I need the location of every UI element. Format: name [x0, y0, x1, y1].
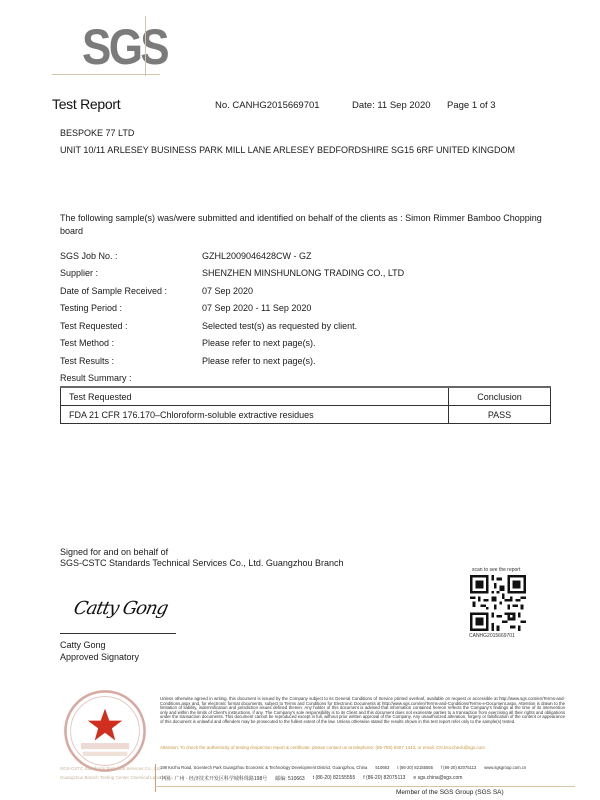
address-en: 198 Kezhu Road, Scientech Park Guangzhou…: [160, 765, 367, 770]
result-summary-table: Test Requested Conclusion FDA 21 CFR 176…: [60, 386, 551, 424]
sgs-group-membership: Member of the SGS Group (SGS SA): [396, 789, 504, 796]
official-seal-icon: [62, 688, 148, 774]
detail-value: SHENZHEN MINSHUNLONG TRADING CO., LTD: [202, 268, 550, 278]
report-date: Date: 11 Sep 2020: [352, 100, 431, 111]
qr-code-icon[interactable]: [470, 575, 526, 631]
detail-row-job-no: SGS Job No. : GZHL2009046428CW - GZ: [60, 247, 550, 265]
detail-label: Date of Sample Received :: [60, 286, 202, 296]
stamp-company-line: SGS-CSTC Standards Technical Services Co…: [60, 766, 162, 771]
footer-accent-bar: [155, 764, 156, 792]
table-row: FDA 21 CFR 176.170–Chloroform-soluble ex…: [61, 406, 551, 424]
sgs-logo: SGS: [52, 16, 162, 76]
detail-label: Test Method :: [60, 338, 202, 348]
test-name-cell: FDA 21 CFR 176.170–Chloroform-soluble ex…: [61, 406, 449, 424]
website-link[interactable]: www.sgsgroup.com.cn: [484, 765, 526, 770]
address-cn: 中国 · 广州 · 经济技术开发区科学城科珠路198号: [160, 775, 267, 782]
handwritten-signature: Catty Gong: [72, 598, 170, 619]
detail-row-test-requested: Test Requested : Selected test(s) as req…: [60, 317, 550, 335]
email-link[interactable]: e sgs.china@sgs.com: [413, 775, 462, 782]
table-header-row: Test Requested Conclusion: [61, 387, 551, 406]
detail-label: Supplier :: [60, 268, 202, 278]
page-indicator: Page 1 of 3: [447, 100, 496, 111]
logo-text: SGS: [82, 22, 167, 72]
signing-company: SGS-CSTC Standards Technical Services Co…: [60, 558, 343, 569]
footer-divider: [155, 786, 575, 787]
postcode: 510663: [375, 765, 389, 770]
logo-divider-vertical: [145, 16, 146, 76]
postcode-cn: 邮编: 510663: [275, 775, 304, 782]
report-number: No. CANHG2015669701: [215, 100, 320, 111]
signature-line: [60, 633, 176, 634]
telephone-cn: t (86-20) 82155555: [313, 775, 356, 782]
detail-value: Please refer to next page(s).: [202, 356, 550, 366]
signatory: Catty Gong Approved Signatory: [60, 639, 139, 663]
footer-address-cn: 中国 · 广州 · 经济技术开发区科学城科珠路198号 邮编: 510663 t…: [160, 775, 570, 782]
sample-details: SGS Job No. : GZHL2009046428CW - GZ Supp…: [60, 247, 550, 370]
result-summary-label: Result Summary :: [60, 373, 132, 383]
signatory-title: Approved Signatory: [60, 651, 139, 663]
signatory-name: Catty Gong: [60, 639, 139, 651]
fax: f (86-20) 82075113: [441, 765, 476, 770]
footer-address-en: 198 Kezhu Road, Scientech Park Guangzhou…: [160, 765, 570, 770]
column-header-conclusion: Conclusion: [449, 387, 551, 406]
signed-for-label: Signed for and on behalf of: [60, 547, 343, 558]
authenticity-notice: Attention: To check the authenticity of …: [160, 745, 570, 750]
client-name: BESPOKE 77 LTD: [60, 127, 134, 140]
detail-label: Test Results :: [60, 356, 202, 366]
detail-value: Please refer to next page(s).: [202, 338, 550, 348]
detail-value: 07 Sep 2020 - 11 Sep 2020: [202, 303, 550, 313]
detail-row-test-results: Test Results : Please refer to next page…: [60, 352, 550, 370]
detail-value: GZHL2009046428CW - GZ: [202, 251, 550, 261]
detail-label: SGS Job No. :: [60, 251, 202, 261]
legal-disclaimer: Unless otherwise agreed in writing, this…: [160, 697, 565, 724]
detail-value: Selected test(s) as requested by client.: [202, 321, 550, 331]
telephone: t (86-20) 82155555: [397, 765, 433, 770]
client-address: UNIT 10/11 ARLESEY BUSINESS PARK MILL LA…: [60, 144, 520, 157]
conclusion-cell: PASS: [449, 406, 551, 424]
detail-value: 07 Sep 2020: [202, 286, 550, 296]
detail-label: Test Requested :: [60, 321, 202, 331]
logo-divider: [52, 74, 160, 75]
qr-report-id: CANHG2015669701: [469, 633, 515, 639]
detail-label: Testing Period :: [60, 303, 202, 313]
column-header-test: Test Requested: [61, 387, 449, 406]
fax-cn: f (86-20) 82075113: [363, 775, 405, 782]
sample-intro: The following sample(s) was/were submitt…: [60, 212, 560, 238]
detail-row-supplier: Supplier : SHENZHEN MINSHUNLONG TRADING …: [60, 265, 550, 283]
signed-on-behalf: Signed for and on behalf of SGS-CSTC Sta…: [60, 547, 343, 568]
detail-row-test-method: Test Method : Please refer to next page(…: [60, 335, 550, 353]
detail-row-date-received: Date of Sample Received : 07 Sep 2020: [60, 282, 550, 300]
qr-caption: scan to see the report: [472, 567, 520, 573]
detail-row-testing-period: Testing Period : 07 Sep 2020 - 11 Sep 20…: [60, 300, 550, 318]
report-title: Test Report: [52, 96, 120, 112]
